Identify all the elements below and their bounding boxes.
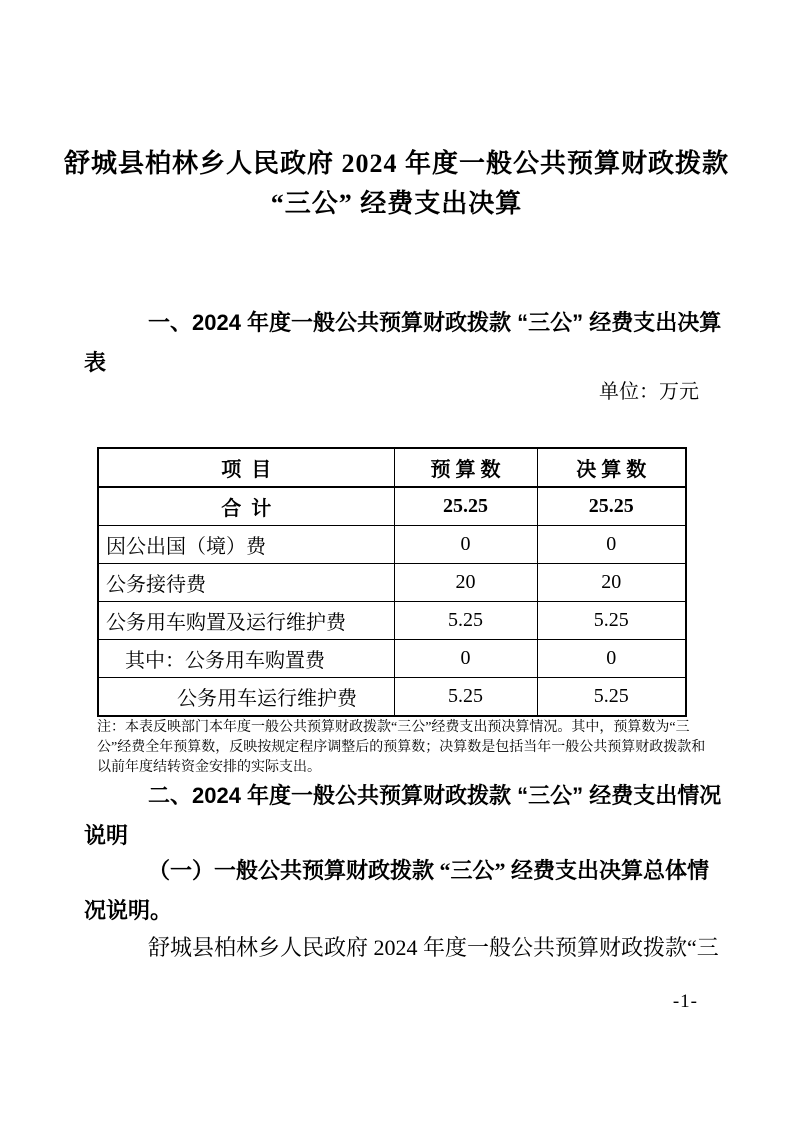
budget-value: 0 (394, 640, 537, 678)
budget-value: 20 (394, 564, 537, 602)
section2-subheading: （一）一般公共预算财政拨款 “三公” 经费支出决算总体情 况说明。 (84, 851, 709, 931)
table-note-line-2: 公”经费全年预算数，反映按规定程序调整后的预算数；决算数是包括当年一般公共预算财… (97, 738, 695, 758)
section2-subheading-line-1: （一）一般公共预算财政拨款 “三公” 经费支出决算总体情 (84, 851, 709, 891)
final-value: 20 (537, 564, 686, 602)
section2-subheading-line-2: 况说明。 (84, 891, 709, 931)
document-page: 舒城县柏林乡人民政府 2024 年度一般公共预算财政拨款 “三公” 经费支出决算… (0, 0, 793, 1122)
table-note: 注：本表反映部门本年度一般公共预算财政拨款“三公”经费支出预决算情况。其中，预算… (97, 718, 695, 778)
table-row-total: 合 计 25.25 25.25 (98, 487, 686, 526)
row-label: 公务接待费 (98, 564, 394, 602)
table-row-vehicle-purchase: 其中：公务用车购置费 0 0 (98, 640, 686, 678)
section2-heading-line-1: 二、2024 年度一般公共预算财政拨款 “三公” 经费支出情况 (84, 776, 709, 816)
column-header-item: 项 目 (98, 448, 394, 487)
table-row-vehicle-operation: 公务用车运行维护费 5.25 5.25 (98, 678, 686, 717)
row-label: 因公出国（境）费 (98, 526, 394, 564)
final-value: 5.25 (537, 602, 686, 640)
page-number: -1- (673, 991, 698, 1013)
final-value: 0 (537, 640, 686, 678)
budget-value: 5.25 (394, 602, 537, 640)
title-line-2: “三公” 经费支出决算 (0, 184, 793, 224)
section2-heading: 二、2024 年度一般公共预算财政拨款 “三公” 经费支出情况 说明 (84, 776, 709, 856)
row-label: 公务用车运行维护费 (98, 678, 394, 717)
table-row-vehicle-total: 公务用车购置及运行维护费 5.25 5.25 (98, 602, 686, 640)
column-header-budget: 预 算 数 (394, 448, 537, 487)
table-note-line-3: 以前年度结转资金安排的实际支出。 (97, 758, 695, 778)
table-row-abroad-expense: 因公出国（境）费 0 0 (98, 526, 686, 564)
table-note-line-1: 注：本表反映部门本年度一般公共预算财政拨款“三公”经费支出预决算情况。其中，预算… (97, 718, 695, 738)
budget-value: 5.25 (394, 678, 537, 717)
body-paragraph-line-1: 舒城县柏林乡人民政府 2024 年度一般公共预算财政拨款“三 (84, 928, 709, 968)
column-header-final: 决 算 数 (537, 448, 686, 487)
section1-heading-line-1: 一、2024 年度一般公共预算财政拨款 “三公” 经费支出决算 (84, 303, 709, 343)
row-label: 公务用车购置及运行维护费 (98, 602, 394, 640)
row-label: 其中：公务用车购置费 (98, 640, 394, 678)
document-title: 舒城县柏林乡人民政府 2024 年度一般公共预算财政拨款 “三公” 经费支出决算 (0, 144, 793, 224)
final-value: 25.25 (537, 487, 686, 526)
final-value: 5.25 (537, 678, 686, 717)
final-value: 0 (537, 526, 686, 564)
section1-heading-line-2: 表 (84, 343, 709, 383)
section1-heading: 一、2024 年度一般公共预算财政拨款 “三公” 经费支出决算 表 (84, 303, 709, 383)
section2-heading-line-2: 说明 (84, 816, 709, 856)
row-label: 合 计 (98, 487, 394, 526)
table-row-reception-expense: 公务接待费 20 20 (98, 564, 686, 602)
table-header-row: 项 目 预 算 数 决 算 数 (98, 448, 686, 487)
title-line-1: 舒城县柏林乡人民政府 2024 年度一般公共预算财政拨款 (0, 144, 793, 184)
three-public-expense-table: 项 目 预 算 数 决 算 数 合 计 25.25 25.25 因公出国（境）费… (97, 447, 687, 717)
body-paragraph: 舒城县柏林乡人民政府 2024 年度一般公共预算财政拨款“三 (84, 928, 709, 968)
budget-value: 0 (394, 526, 537, 564)
budget-value: 25.25 (394, 487, 537, 526)
unit-label: 单位：万元 (599, 379, 699, 405)
